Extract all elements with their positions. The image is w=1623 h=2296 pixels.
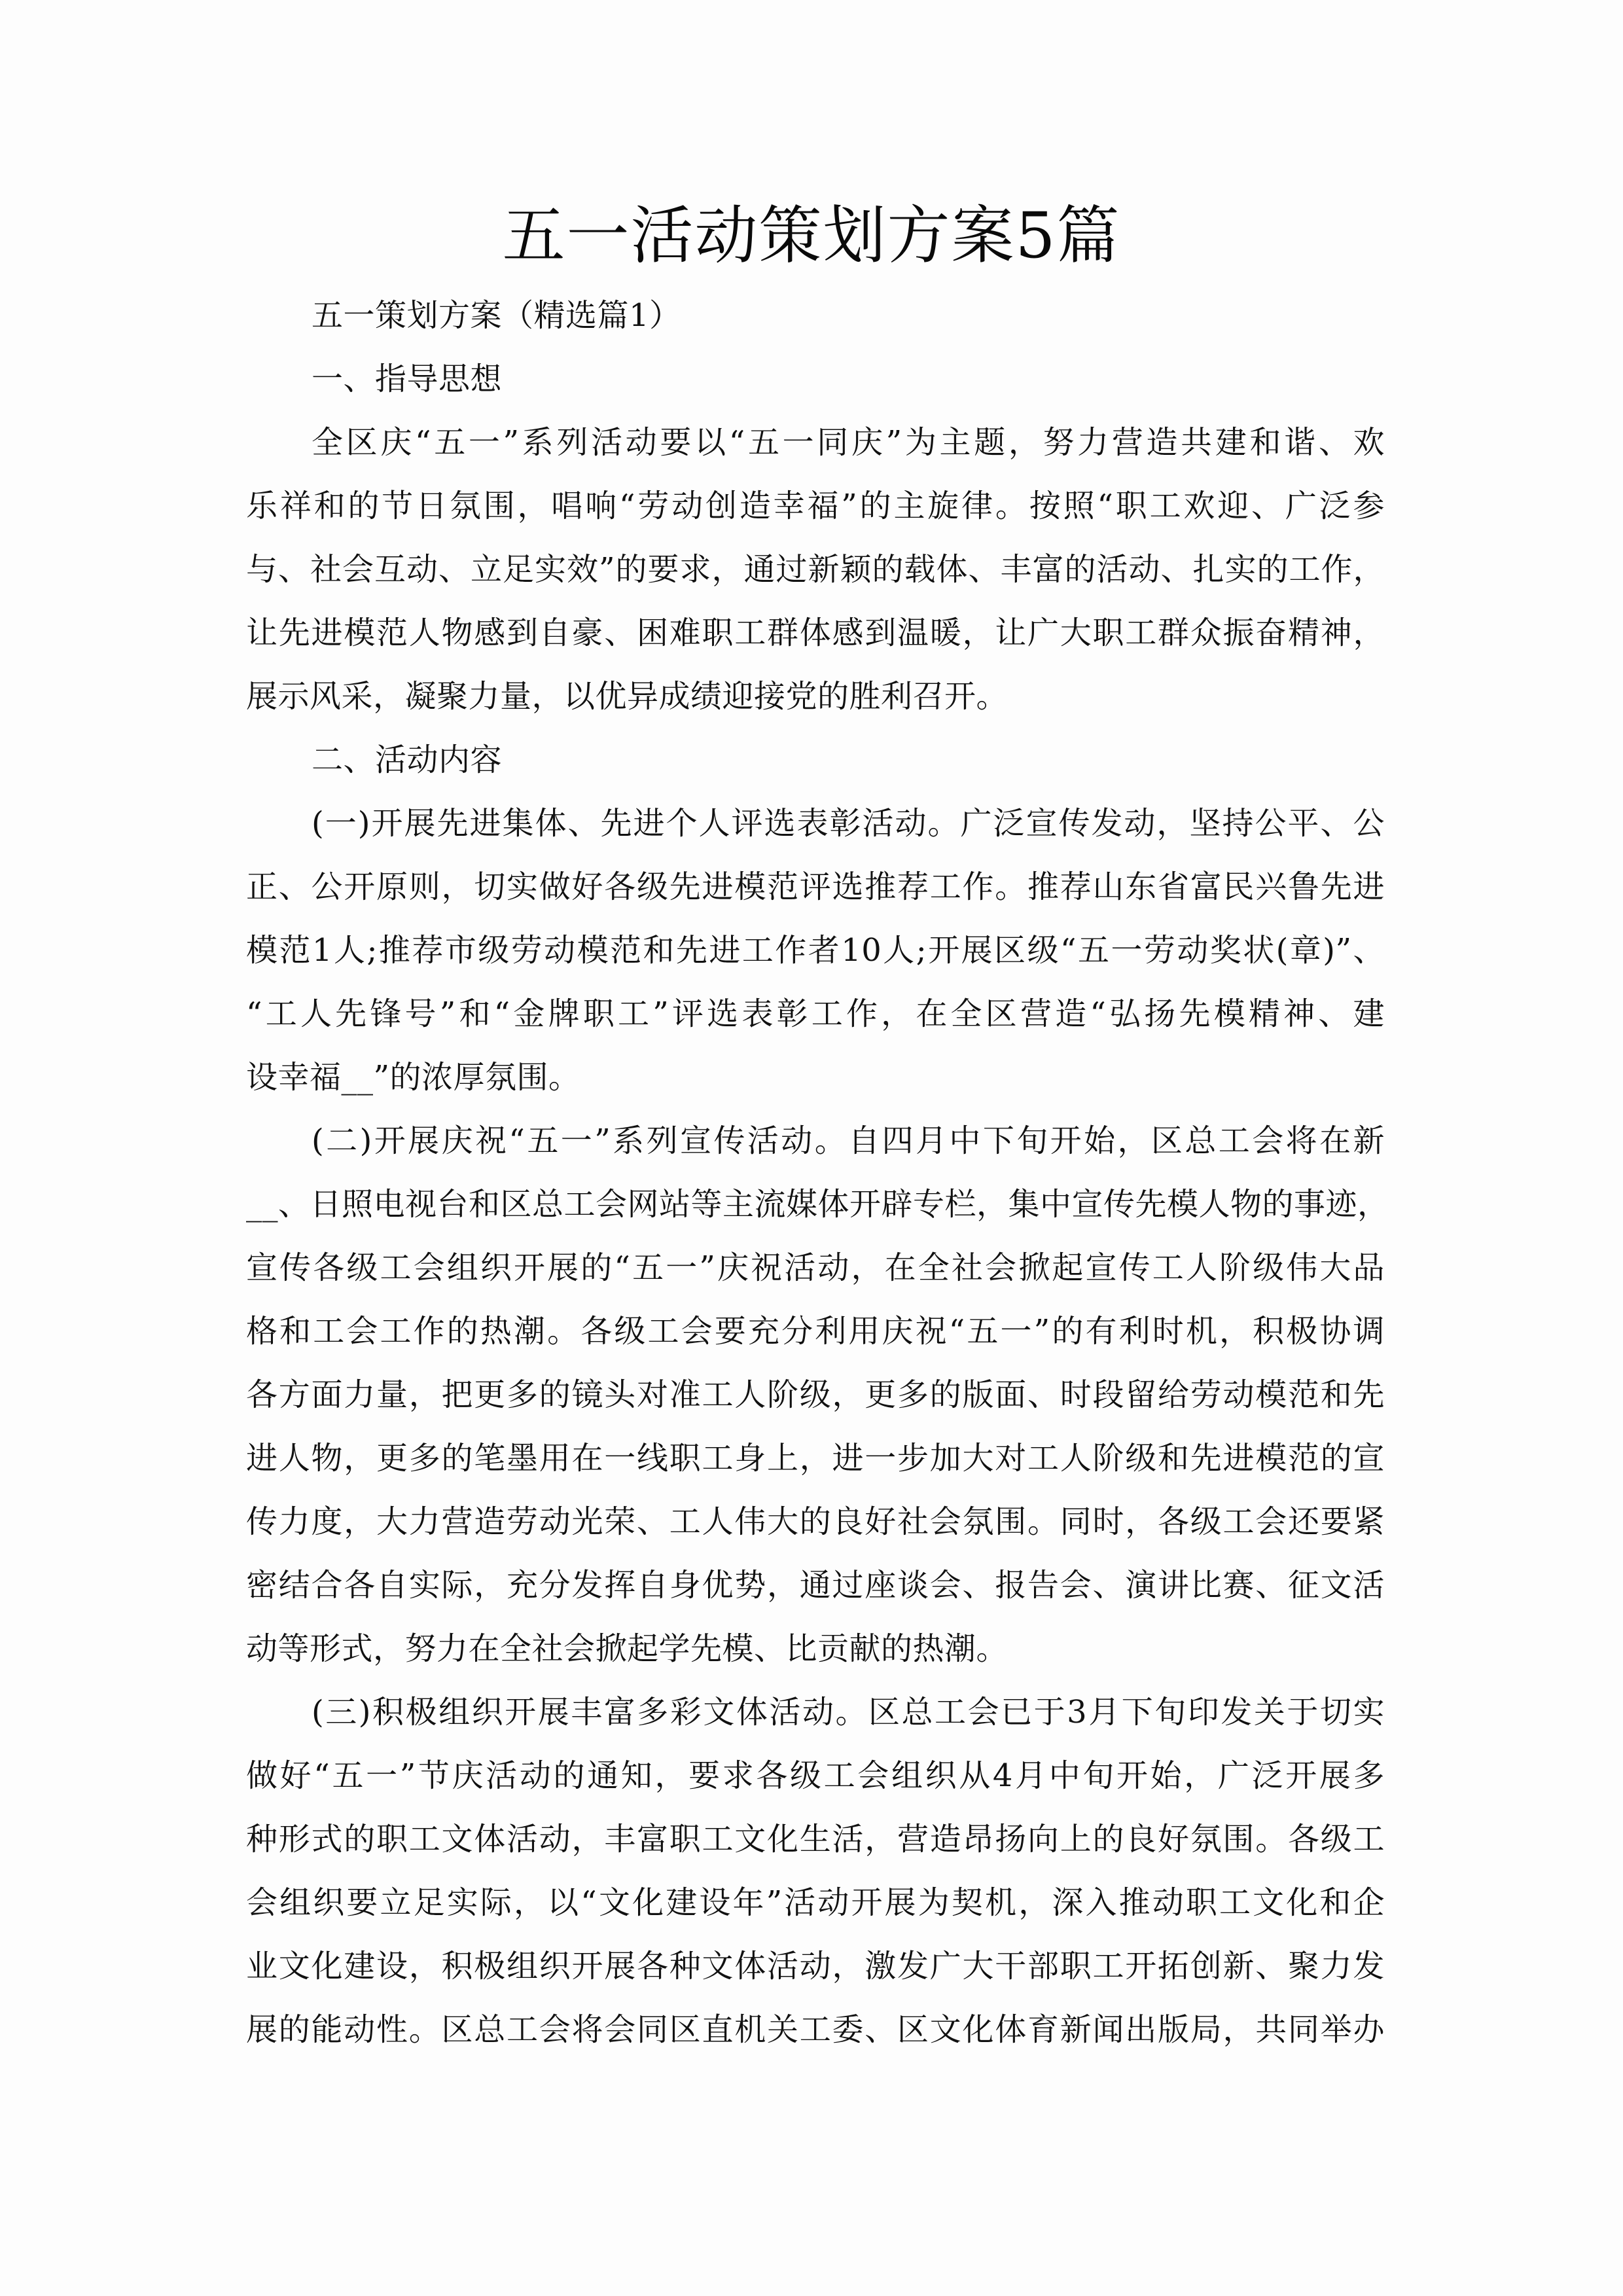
paragraph-line: 业文化建设，积极组织开展各种文体活动，激发广大干部职工开拓创新、聚力发 [246, 1943, 1385, 1990]
paragraph-line: 做好“五一”节庆活动的通知，要求各级工会组织从4月中旬开始，广泛开展多 [246, 1752, 1385, 1799]
paragraph-line: (三)积极组织开展丰富多彩文体活动。区总工会已于3月下旬印发关于切实 [312, 1689, 1385, 1736]
paragraph-line: 会组织要立足实际，以“文化建设年”活动开展为契机，深入推动职工文化和企 [246, 1879, 1385, 1926]
paragraph-line: (一)开展先进集体、先进个人评选表彰活动。广泛宣传发动，坚持公平、公 [312, 800, 1385, 847]
paragraph-line: 设幸福__”的浓厚氛围。 [246, 1054, 1385, 1101]
section-heading-activity-content: 二、活动内容 [312, 736, 1385, 783]
paragraph-line: 种形式的职工文体活动，丰富职工文化生活，营造昂扬向上的良好氛围。各级工 [246, 1816, 1385, 1863]
paragraph-line: 展的能动性。区总工会将会同区直机关工委、区文化体育新闻出版局，共同举办 [246, 2006, 1385, 2053]
paragraph-line: 密结合各自实际，充分发挥自身优势，通过座谈会、报告会、演讲比赛、征文活 [246, 1562, 1385, 1609]
document-subtitle: 五一策划方案（精选篇1） [312, 292, 1385, 339]
paragraph-line: 格和工会工作的热潮。各级工会要充分利用庆祝“五一”的有利时机，积极协调 [246, 1308, 1385, 1355]
paragraph-line: 让先进模范人物感到自豪、困难职工群体感到温暖，让广大职工群众振奋精神， [246, 609, 1385, 656]
paragraph-line: 传力度，大力营造劳动光荣、工人伟大的良好社会氛围。同时，各级工会还要紧 [246, 1498, 1385, 1545]
document-title: 五一活动策划方案5篇 [0, 196, 1623, 275]
paragraph-line: 动等形式，努力在全社会掀起学先模、比贡献的热潮。 [246, 1625, 1385, 1672]
paragraph-line: 进人物，更多的笔墨用在一线职工身上，进一步加大对工人阶级和先进模范的宣 [246, 1435, 1385, 1482]
paragraph-line: (二)开展庆祝“五一”系列宣传活动。自四月中下旬开始，区总工会将在新 [312, 1117, 1385, 1164]
paragraph-line: 与、社会互动、立足实效”的要求，通过新颖的载体、丰富的活动、扎实的工作， [246, 546, 1385, 593]
paragraph-line: 正、公开原则，切实做好各级先进模范评选推荐工作。推荐山东省富民兴鲁先进 [246, 863, 1385, 910]
paragraph-line: 模范1人;推荐市级劳动模范和先进工作者10人;开展区级“五一劳动奖状(章)”、 [246, 927, 1385, 974]
paragraph-line: 各方面力量，把更多的镜头对准工人阶级，更多的版面、时段留给劳动模范和先 [246, 1371, 1385, 1418]
paragraph-line: __、日照电视台和区总工会网站等主流媒体开辟专栏，集中宣传先模人物的事迹， [246, 1181, 1385, 1228]
paragraph-line: 全区庆“五一”系列活动要以“五一同庆”为主题，努力营造共建和谐、欢 [312, 419, 1385, 466]
paragraph-line: 展示风采，凝聚力量，以优异成绩迎接党的胜利召开。 [246, 673, 1385, 720]
paragraph-line: 乐祥和的节日氛围，唱响“劳动创造幸福”的主旋律。按照“职工欢迎、广泛参 [246, 482, 1385, 529]
document-page: 五一活动策划方案5篇 五一策划方案（精选篇1） 一、指导思想 全区庆“五一”系列… [0, 0, 1623, 2296]
section-heading-guiding-ideology: 一、指导思想 [312, 355, 1385, 403]
paragraph-line: 宣传各级工会组织开展的“五一”庆祝活动，在全社会掀起宣传工人阶级伟大品 [246, 1244, 1385, 1291]
paragraph-line: “工人先锋号”和“金牌职工”评选表彰工作，在全区营造“弘扬先模精神、建 [246, 990, 1385, 1037]
